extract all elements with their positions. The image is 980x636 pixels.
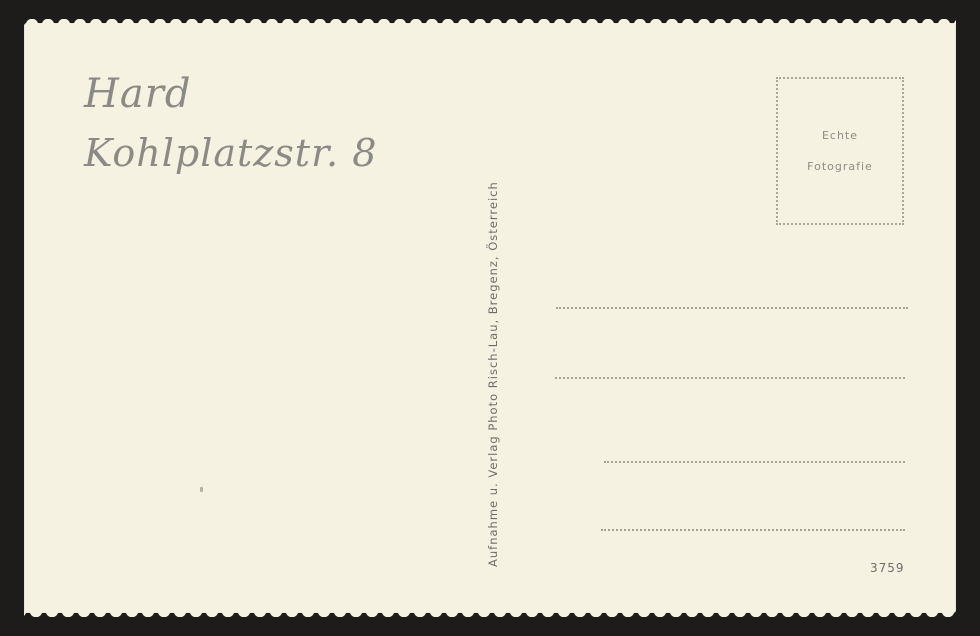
serial-number: 3759 (870, 561, 905, 575)
publisher-imprint: Aufnahme u. Verlag Photo Risch-Lau, Breg… (486, 97, 506, 567)
address-line-2 (555, 377, 905, 379)
stamp-box-label-1: Echte (822, 129, 858, 142)
postcard-back: Hard Kohlplatzstr. 8 Aufnahme u. Verlag … (24, 23, 956, 613)
address-line-3 (604, 461, 905, 463)
handwritten-place-name: Hard (84, 71, 191, 117)
address-line-4 (601, 529, 905, 531)
stamp-box-label-2: Fotografie (807, 160, 873, 173)
handwritten-address: Kohlplatzstr. 8 (84, 131, 377, 175)
paper-speck (200, 487, 203, 492)
stamp-box: Echte Fotografie (776, 77, 904, 225)
address-line-1 (556, 307, 908, 309)
